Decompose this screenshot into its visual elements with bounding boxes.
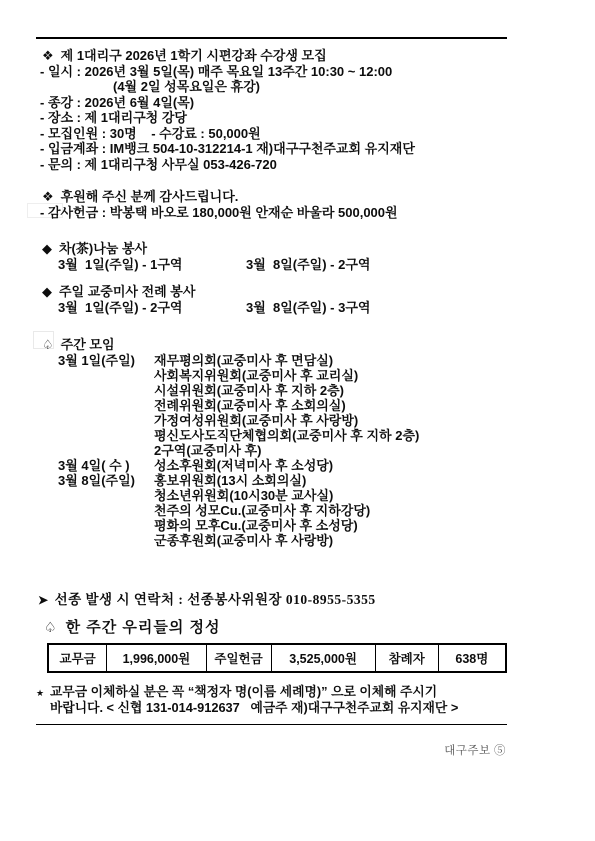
- meeting-group-mar8: 3월 8일(주일) 홍보위원회(13시 소회의실) 청소년위원회(10시30분 …: [36, 473, 507, 548]
- thanks-donation-line: - 감사헌금 : 박봉택 바오로 180,000원 안재순 바울라 500,00…: [36, 205, 507, 221]
- mass-schedule-week1: 3월 1일(주일) - 2구역: [58, 300, 246, 316]
- thanks-title: 후원해 주신 분께 감사드립니다.: [61, 189, 239, 204]
- bulletin-page: ❖제 1대리구 2026년 1학기 시편강좌 수강생 모집 - 일시 : 202…: [0, 0, 595, 841]
- meeting-item: 전례위원회(교중미사 후 소회의실): [154, 398, 507, 413]
- offerings-label-sunday: 주일헌금: [206, 644, 271, 672]
- offerings-value-sunday: 3,525,000원: [271, 644, 375, 672]
- weekly-title: 주간 모임: [61, 337, 115, 352]
- course-detail-account: - 입금계좌 : IM뱅크 504-10-312214-1 재)대구구천주교회 …: [36, 141, 507, 157]
- bottom-divider: [36, 724, 507, 725]
- meeting-item: 시설위원회(교중미사 후 지하 2층): [154, 383, 507, 398]
- section-weekly-meetings: ♤주간 모임 3월 1일(주일) 재무평의회(교중미사 후 면담실) 사회복지위…: [36, 337, 507, 548]
- arrowhead-bullet-icon: ➤: [38, 592, 49, 608]
- meeting-group-mar4: 3월 4일( 수 ) 성소후원회(저녁미사 후 소성당): [36, 458, 507, 473]
- tea-schedule-week1: 3월 1일(주일) - 1구역: [58, 257, 246, 273]
- meeting-group-mar1: 3월 1일(주일) 재무평의회(교중미사 후 면담실) 사회복지위원회(교중미사…: [36, 353, 507, 458]
- meeting-item: 청소년위원회(10시30분 교사실): [154, 488, 507, 503]
- mass-heading: ◆주일 교중미사 전례 봉사: [36, 284, 507, 300]
- offerings-value-gyomugeum: 1,996,000원: [107, 644, 206, 672]
- footer-label: 대구주보 ⑤: [444, 745, 506, 757]
- meeting-items: 홍보위원회(13시 소회의실) 청소년위원회(10시30분 교사실) 천주의 성…: [154, 473, 507, 548]
- offerings-table-row: 교무금 1,996,000원 주일헌금 3,525,000원 참례자 638명: [48, 644, 506, 672]
- spade-bullet-icon: ♤: [44, 619, 58, 636]
- meeting-items: 성소후원회(저녁미사 후 소성당): [154, 458, 507, 473]
- death-contact-text: 선종 발생 시 연락처 : 선종봉사위원장 010-8955-5355: [55, 592, 376, 607]
- course-detail-place: - 장소 : 제 1대리구청 강당: [36, 110, 507, 126]
- spade-bullet-icon: ♤: [42, 337, 54, 353]
- course-detail-datetime: - 일시 : 2026년 3월 5일(목) 매주 목요일 13주간 10:30 …: [36, 64, 507, 80]
- meeting-item: 평신도사도직단체협의회(교중미사 후 지하 2층): [154, 428, 507, 443]
- four-diamond-bullet-icon: ❖: [42, 189, 54, 205]
- meeting-date: 3월 1일(주일): [58, 353, 154, 458]
- offerings-value-attendees: 638명: [438, 644, 506, 672]
- course-heading: ❖제 1대리구 2026년 1학기 시편강좌 수강생 모집: [36, 48, 507, 64]
- meeting-item: 2구역(교중미사 후): [154, 443, 507, 458]
- course-title: 제 1대리구 2026년 1학기 시편강좌 수강생 모집: [61, 48, 327, 63]
- mass-schedule-week2: 3월 8일(주일) - 3구역: [246, 300, 370, 316]
- diamond-bullet-icon: ◆: [42, 284, 52, 300]
- meeting-date: 3월 4일( 수 ): [58, 458, 154, 473]
- offerings-table: 교무금 1,996,000원 주일헌금 3,525,000원 참례자 638명: [47, 643, 507, 673]
- section-tea-service: ◆차(茶)나눔 봉사 3월 1일(주일) - 1구역 3월 8일(주일) - 2…: [36, 241, 507, 272]
- meeting-item: 군종후원회(교중미사 후 사랑방): [154, 533, 507, 548]
- transfer-note-line1: 교무금 이체하실 분은 꼭 “책정자 명(이름 세례명)” 으로 이체해 주시기: [50, 684, 437, 699]
- tea-schedule-row: 3월 1일(주일) - 1구역 3월 8일(주일) - 2구역: [36, 257, 507, 273]
- mass-title: 주일 교중미사 전례 봉사: [59, 284, 195, 299]
- weekly-heading: ♤주간 모임: [36, 337, 507, 353]
- tea-schedule-week2: 3월 8일(주일) - 2구역: [246, 257, 370, 273]
- section-weekly-offerings: ♤한 주간 우리들의 정성 교무금 1,996,000원 주일헌금 3,525,…: [36, 619, 507, 715]
- meeting-item: 가정여성위원회(교중미사 후 사랑방): [154, 413, 507, 428]
- diamond-bullet-icon: ◆: [42, 241, 52, 257]
- section-course-recruitment: ❖제 1대리구 2026년 1학기 시편강좌 수강생 모집 - 일시 : 202…: [36, 48, 507, 172]
- four-diamond-bullet-icon: ❖: [42, 48, 54, 64]
- section-donation-thanks: ❖후원해 주신 분께 감사드립니다. - 감사헌금 : 박봉택 바오로 180,…: [36, 189, 507, 220]
- offerings-heading: ♤한 주간 우리들의 정성: [36, 619, 507, 636]
- mass-schedule-row: 3월 1일(주일) - 2구역 3월 8일(주일) - 3구역: [36, 300, 507, 316]
- meeting-date: 3월 8일(주일): [58, 473, 154, 548]
- meeting-items: 재무평의회(교중미사 후 면담실) 사회복지위원회(교중미사 후 교리실) 시설…: [154, 353, 507, 458]
- death-contact-line: ➤선종 발생 시 연락처 : 선종봉사위원장 010-8955-5355: [36, 592, 507, 608]
- meeting-item: 재무평의회(교중미사 후 면담실): [154, 353, 507, 368]
- page-footer: 대구주보 ⑤: [36, 742, 507, 758]
- tea-title: 차(茶)나눔 봉사: [59, 241, 147, 256]
- transfer-note: ★ 교무금 이체하실 분은 꼭 “책정자 명(이름 세례명)” 으로 이체해 주…: [36, 684, 507, 715]
- section-mass-liturgy-service: ◆주일 교중미사 전례 봉사 3월 1일(주일) - 2구역 3월 8일(주일)…: [36, 284, 507, 315]
- bulletin-content: ❖제 1대리구 2026년 1학기 시편강좌 수강생 모집 - 일시 : 202…: [36, 37, 507, 758]
- meeting-item: 성소후원회(저녁미사 후 소성당): [154, 458, 507, 473]
- offerings-label-attendees: 참례자: [375, 644, 438, 672]
- course-detail-holiday: (4월 2일 성목요일은 휴강): [36, 79, 507, 95]
- meeting-item: 천주의 성모Cu.(교중미사 후 지하강당): [154, 503, 507, 518]
- meeting-item: 평화의 모후Cu.(교중미사 후 소성당): [154, 518, 507, 533]
- top-divider: [36, 37, 507, 39]
- star-bullet-icon: ★: [36, 684, 50, 715]
- meeting-item: 사회복지위원회(교중미사 후 교리실): [154, 368, 507, 383]
- tea-heading: ◆차(茶)나눔 봉사: [36, 241, 507, 257]
- course-detail-capacity-fee: - 모집인원 : 30명 - 수강료 : 50,000원: [36, 126, 507, 142]
- transfer-note-body: 교무금 이체하실 분은 꼭 “책정자 명(이름 세례명)” 으로 이체해 주시기…: [50, 684, 507, 715]
- thanks-heading: ❖후원해 주신 분께 감사드립니다.: [36, 189, 507, 205]
- offerings-title: 한 주간 우리들의 정성: [66, 619, 221, 636]
- course-detail-contact: - 문의 : 제 1대리구청 사무실 053-426-720: [36, 157, 507, 173]
- course-detail-end: - 종강 : 2026년 6월 4일(목): [36, 95, 507, 111]
- meeting-item: 홍보위원회(13시 소회의실): [154, 473, 507, 488]
- transfer-note-line2: 바랍니다. < 신협 131-014-912637 예금주 재)대구구천주교회 …: [50, 700, 458, 715]
- offerings-label-gyomugeum: 교무금: [48, 644, 107, 672]
